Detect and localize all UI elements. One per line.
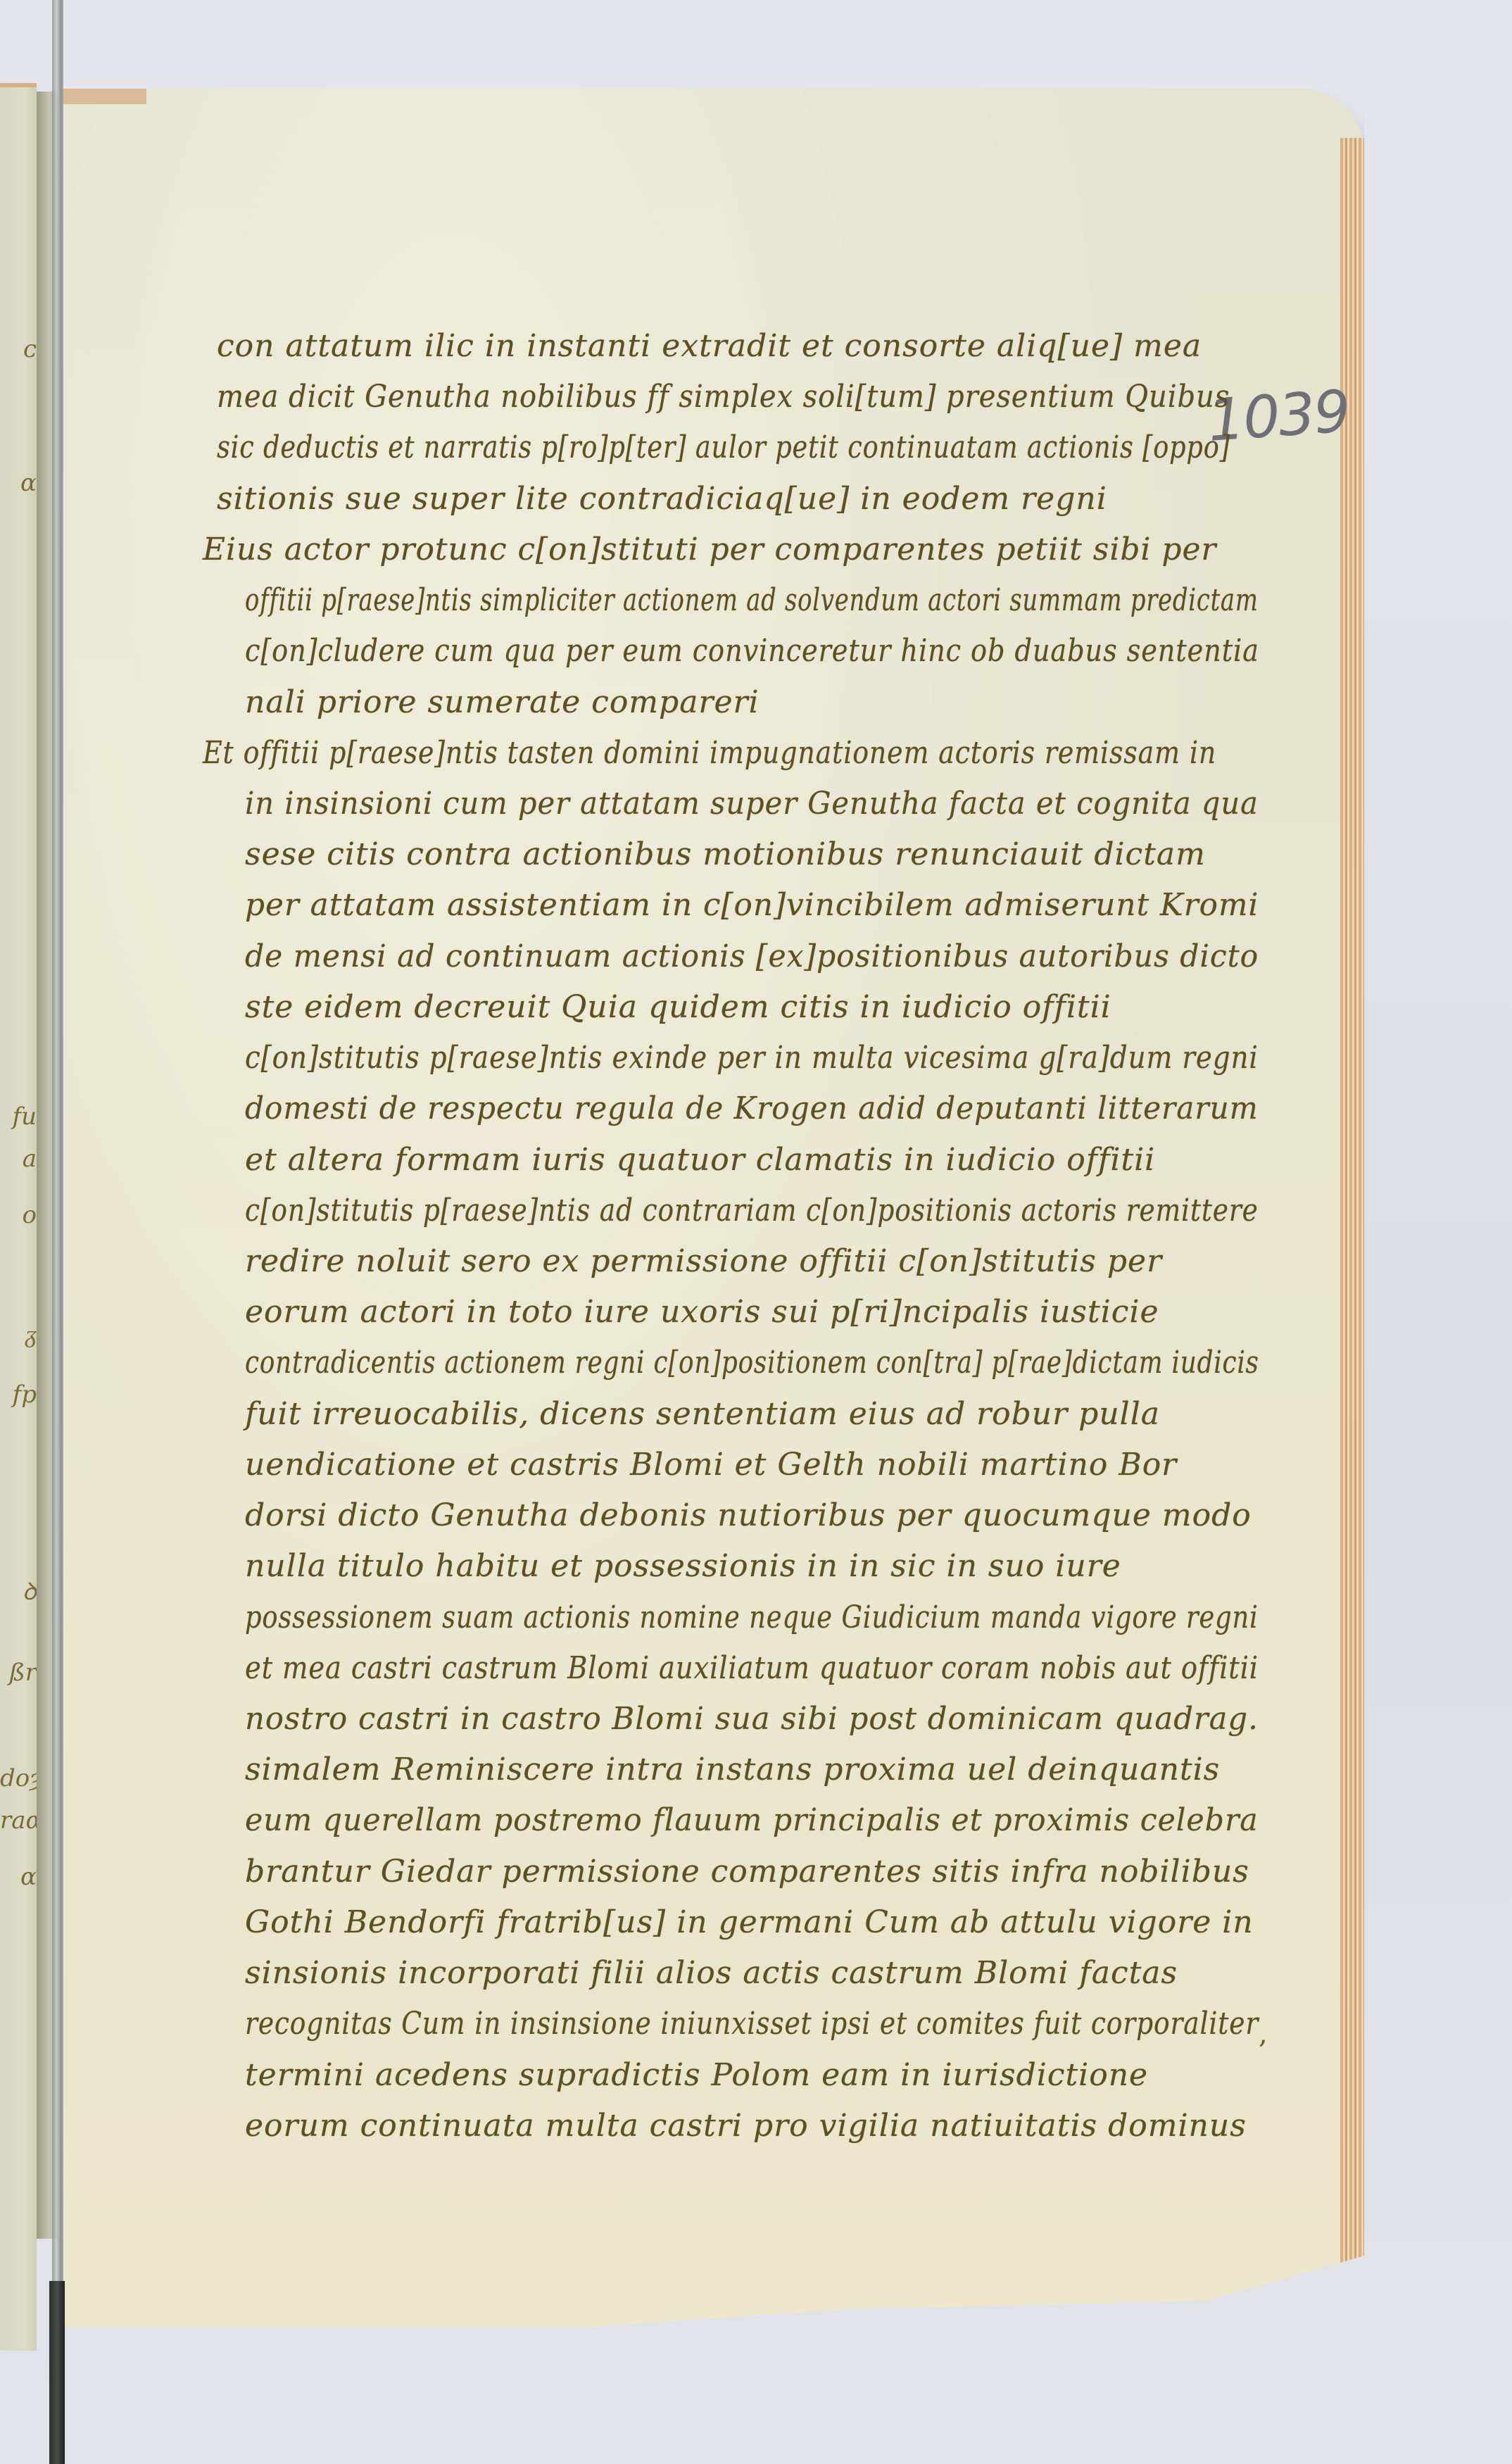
- manuscript-line: sese citis contra actionibus motionibus …: [245, 836, 1206, 872]
- manuscript-line: brantur Giedar permissione comparentes s…: [245, 1854, 1249, 1890]
- facing-page-fragment: o: [0, 1201, 37, 1229]
- glass-clip-bar: [52, 0, 63, 2464]
- manuscript-line: mea dicit Genutha nobilibus ff simplex s…: [217, 379, 1230, 415]
- manuscript-line: termini acedens supradictis Polom eam in…: [245, 2057, 1148, 2093]
- manuscript-line: c[on]stitutis p[raese]ntis exinde per in…: [245, 1040, 1259, 1076]
- manuscript-line: eorum actori in toto iure uxoris sui p[r…: [245, 1294, 1159, 1330]
- marginal-mark: ,: [1259, 2018, 1268, 2050]
- manuscript-line: offitii p[raese]ntis simpliciter actione…: [245, 582, 1259, 618]
- edge-stain: [62, 89, 146, 104]
- manuscript-line: dorsi dicto Genutha debonis nutioribus p…: [245, 1497, 1252, 1533]
- manuscript-line: sitionis sue super lite contradiciaq[ue]…: [217, 481, 1107, 517]
- manuscript-line: et altera formam iuris quatuor clamatis …: [245, 1142, 1155, 1178]
- facing-page-fragment: raɑ: [0, 1806, 37, 1835]
- manuscript-line: Et offitii p[raese]ntis tasten domini im…: [203, 735, 1216, 771]
- manuscript-line: sinsionis incorporati filii alios actis …: [245, 1955, 1178, 1991]
- facing-page-fragment: ꝺ: [0, 1574, 37, 1607]
- manuscript-line: redire noluit sero ex permissione offiti…: [245, 1243, 1162, 1279]
- facing-page-fragment: ɑ: [0, 1863, 37, 1891]
- facing-page-fragment: ᵹ: [0, 1321, 37, 1349]
- manuscript-line: uendicatione et castris Blomi et Gelth n…: [245, 1447, 1177, 1483]
- facing-page-fragment: fp: [0, 1381, 37, 1409]
- facing-page-sliver: ᴄɑfuaoᵹfpꝺßrdoȝraɑɑ: [0, 83, 37, 2351]
- facing-page-fragment: doȝ: [0, 1764, 37, 1792]
- manuscript-line: c[on]stitutis p[raese]ntis ad contrariam…: [245, 1193, 1259, 1228]
- page-edge-stack: [1340, 138, 1364, 2271]
- manuscript-line: de mensi ad continuam actionis [ex]posit…: [245, 938, 1259, 974]
- facing-page-fragment: fu: [0, 1102, 37, 1131]
- manuscript-line: ste eidem decreuit Quia quidem citis in …: [245, 989, 1111, 1025]
- manuscript-line: possessionem suam actionis nomine neque …: [245, 1599, 1259, 1635]
- manuscript-line: sic deductis et narratis p[ro]p[ter] aul…: [217, 429, 1230, 465]
- manuscript-line: nostro castri in castro Blomi sua sibi p…: [245, 1701, 1259, 1737]
- manuscript-line: Eius actor protunc c[on]stituti per comp…: [203, 532, 1216, 567]
- manuscript-line: simalem Reminiscere intra instans proxim…: [245, 1752, 1220, 1787]
- manuscript-line: per attatam assistentiam in c[on]vincibi…: [245, 887, 1259, 923]
- clip-holder: [49, 2281, 65, 2464]
- manuscript-line: con attatum ilic in instanti extradit et…: [217, 328, 1202, 364]
- manuscript-line: et mea castri castrum Blomi auxiliatum q…: [245, 1650, 1259, 1686]
- manuscript-line: recognitas Cum in insinsione iniunxisset…: [245, 2006, 1259, 2042]
- manuscript-page: 1039 con attatum ilic in instanti extrad…: [62, 89, 1364, 2327]
- manuscript-line: nulla titulo habitu et possessionis in i…: [245, 1548, 1121, 1584]
- manuscript-line: domesti de respectu regula de Krogen adi…: [245, 1090, 1259, 1126]
- facing-page-fragment: ßr: [0, 1659, 37, 1687]
- manuscript-line: eum querellam postremo flauum principali…: [245, 1802, 1259, 1838]
- manuscript-line: fuit irreuocabilis, dicens sententiam ei…: [245, 1396, 1160, 1432]
- facing-page-fragment: a: [0, 1145, 37, 1173]
- facing-page-fragment: ɑ: [0, 469, 37, 497]
- manuscript-line: in insinsioni cum per attatam super Genu…: [245, 786, 1259, 822]
- manuscript-line: eorum continuata multa castri pro vigili…: [245, 2108, 1247, 2144]
- manuscript-line: contradicentis actionem regni c[on]posit…: [245, 1345, 1259, 1381]
- manuscript-line: Gothi Bendorfi fratrib[us] in germani Cu…: [245, 1904, 1254, 1940]
- manuscript-line: nali priore sumerate compareri: [245, 684, 760, 720]
- facing-page-fragment: ᴄ: [0, 335, 37, 363]
- manuscript-line: c[on]cludere cum qua per eum convinceret…: [245, 633, 1259, 669]
